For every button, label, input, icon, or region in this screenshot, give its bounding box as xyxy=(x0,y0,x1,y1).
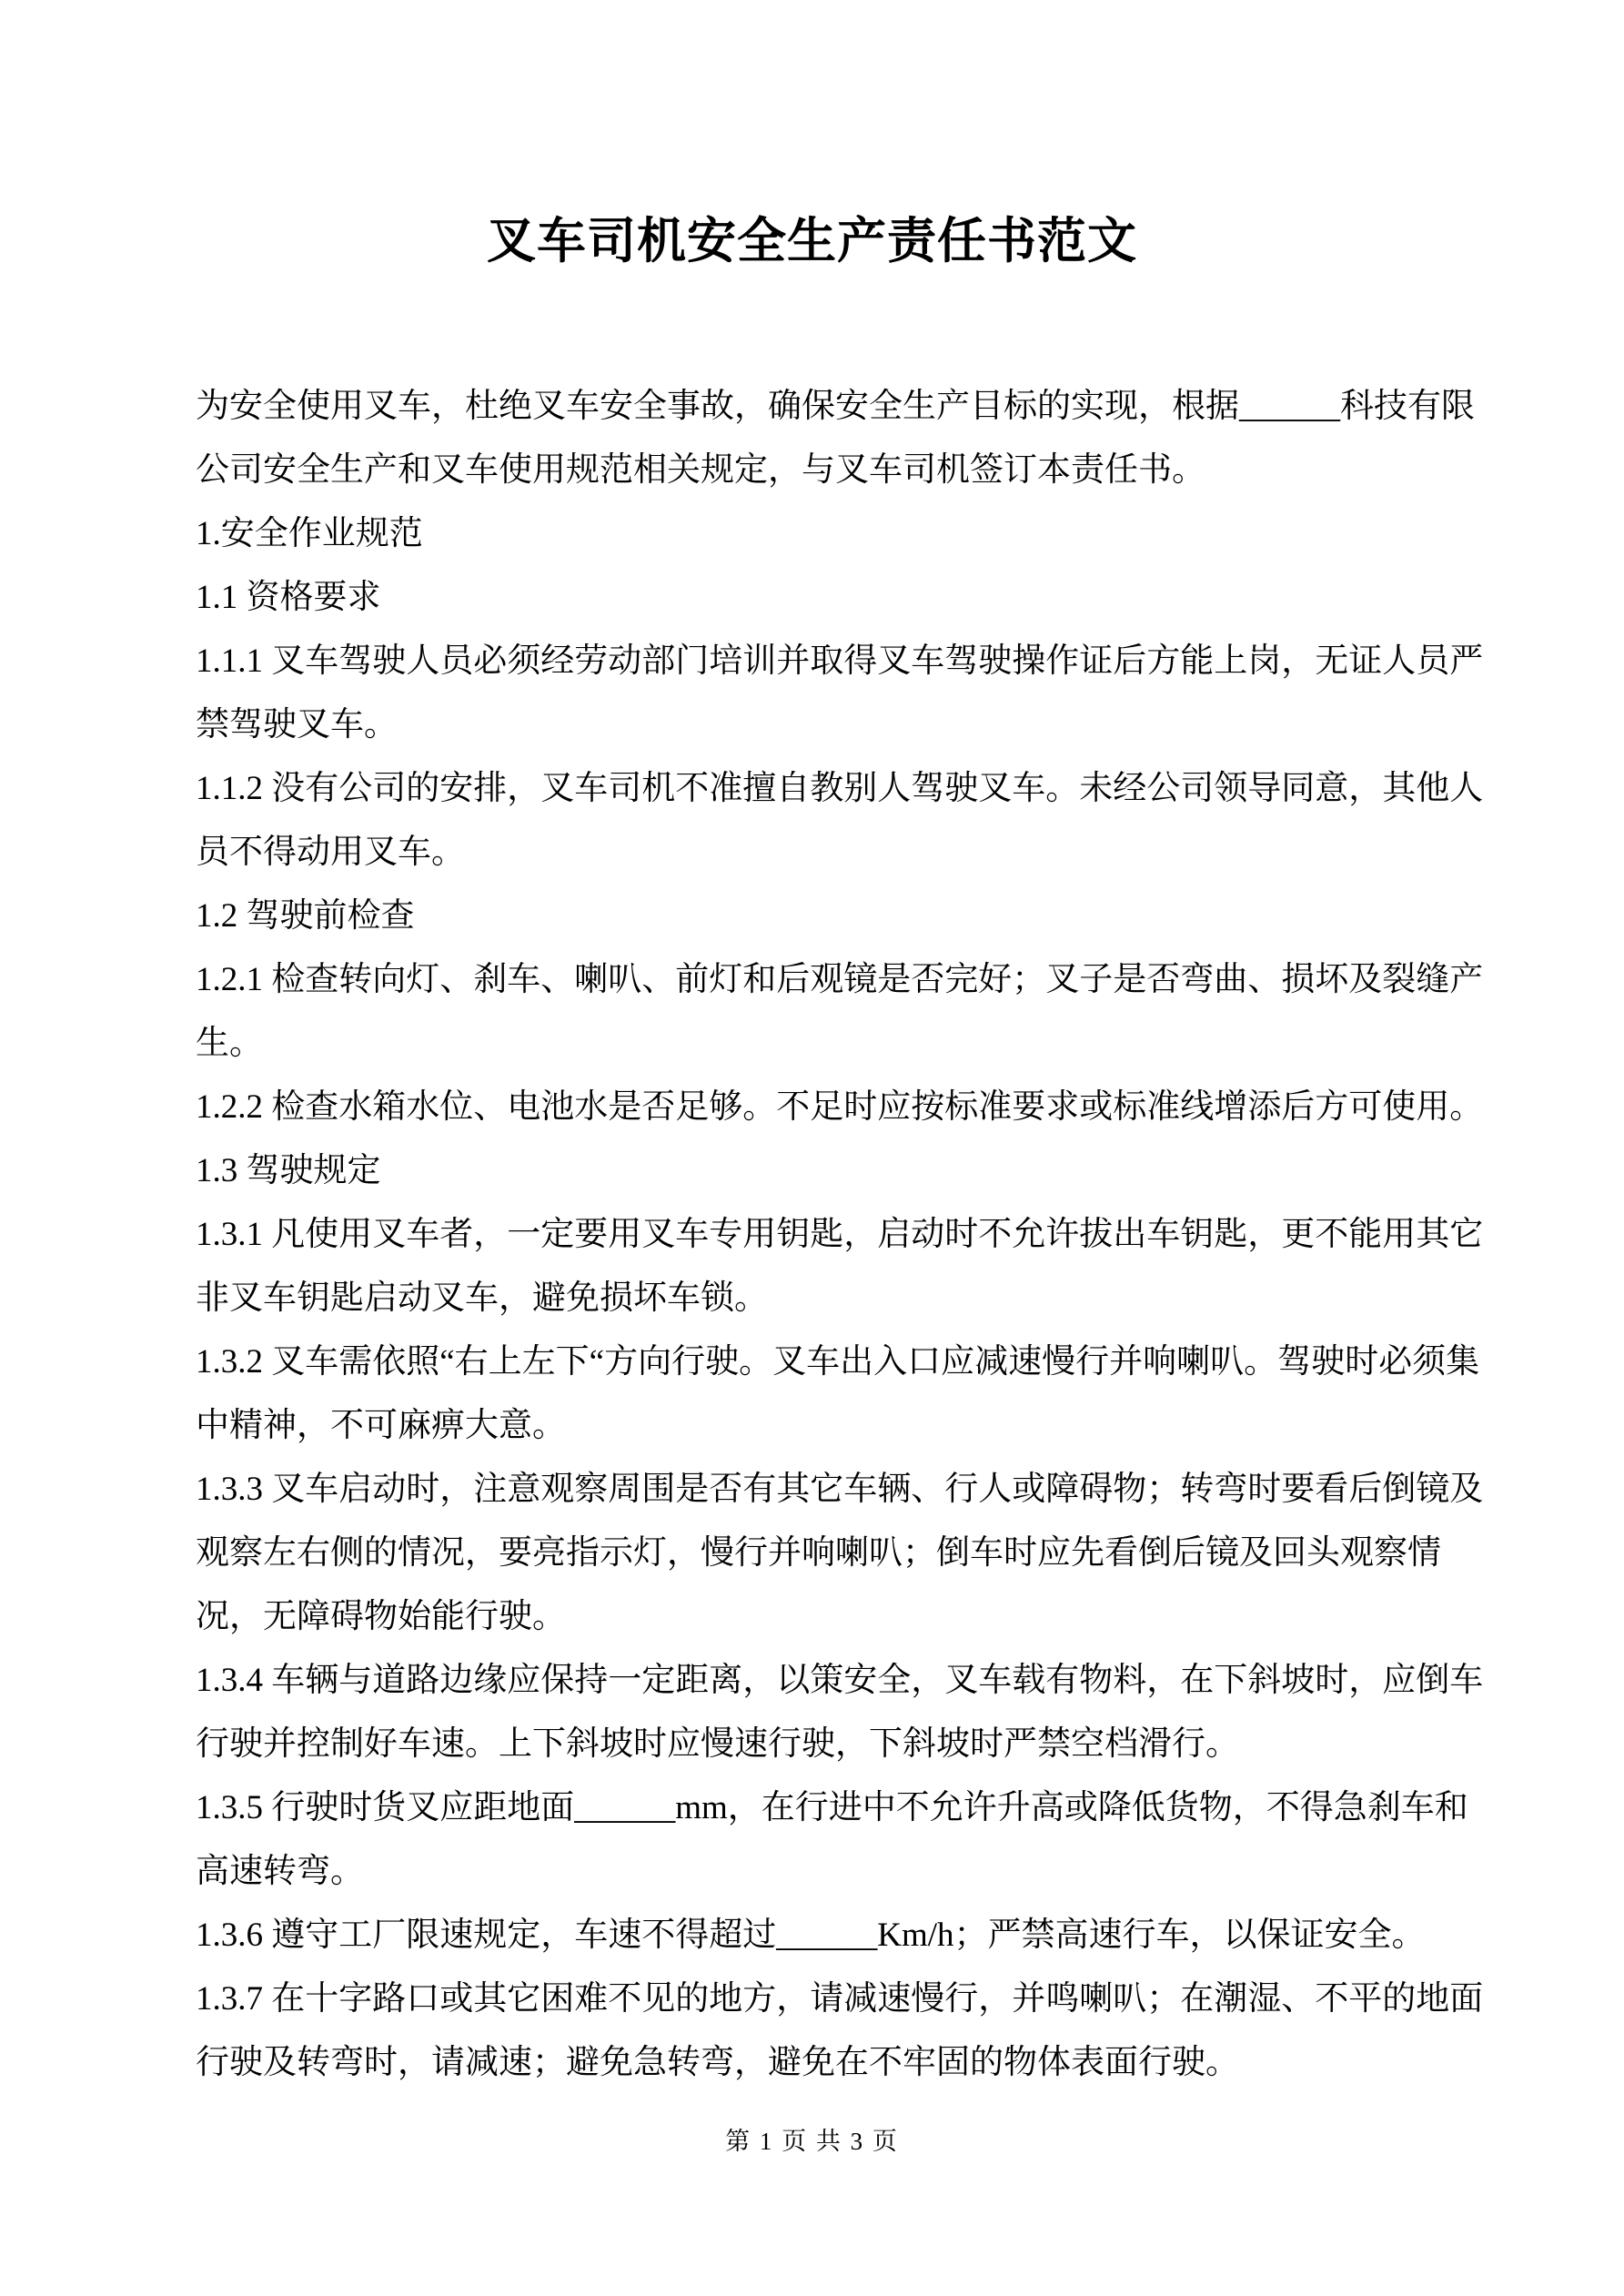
paragraph-sec-1-1: 1.1 资格要求 xyxy=(196,566,1491,630)
paragraph-sec-1-3: 1.3 驾驶规定 xyxy=(196,1139,1491,1203)
page-number-footer: 第 1 页 共 3 页 xyxy=(0,2121,1624,2157)
paragraph-sec-1-2: 1.2 驾驶前检查 xyxy=(196,885,1491,948)
paragraph-item-1-3-1: 1.3.1 凡使用叉车者，一定要用叉车专用钥匙，启动时不允许拔出车钥匙，更不能用… xyxy=(196,1203,1491,1330)
paragraph-item-1-3-3: 1.3.3 叉车启动时，注意观察周围是否有其它车辆、行人或障碍物；转弯时要看后倒… xyxy=(196,1458,1491,1649)
paragraph-item-1-1-2: 1.1.2 没有公司的安排，叉车司机不准擅自教别人驾驶叉车。未经公司领导同意，其… xyxy=(196,757,1491,885)
paragraph-item-1-3-2: 1.3.2 叉车需依照“右上左下“方向行驶。叉车出入口应减速慢行并响喇叭。驾驶时… xyxy=(196,1330,1491,1458)
paragraph-item-1-3-5: 1.3.5 行驶时货叉应距地面______mm，在行进中不允许升高或降低货物，不… xyxy=(196,1776,1491,1904)
document-title: 叉车司机安全生产责任书范文 xyxy=(0,202,1624,272)
paragraph-sec-1: 1.安全作业规范 xyxy=(196,502,1491,566)
paragraph-item-1-3-6: 1.3.6 遵守工厂限速规定，车速不得超过______Km/h；严禁高速行车，以… xyxy=(196,1904,1491,1967)
paragraph-item-1-1-1: 1.1.1 叉车驾驶人员必须经劳动部门培训并取得叉车驾驶操作证后方能上岗，无证人… xyxy=(196,630,1491,757)
paragraph-item-1-3-4: 1.3.4 车辆与道路边缘应保持一定距离，以策安全，叉车载有物料，在下斜坡时，应… xyxy=(196,1649,1491,1776)
document-body: 为安全使用叉车，杜绝叉车安全事故，确保安全生产目标的实现，根据______科技有… xyxy=(196,375,1491,2095)
paragraph-item-1-2-2: 1.2.2 检查水箱水位、电池水是否足够。不足时应按标准要求或标准线增添后方可使… xyxy=(196,1076,1491,1139)
document-page: 叉车司机安全生产责任书范文 为安全使用叉车，杜绝叉车安全事故，确保安全生产目标的… xyxy=(0,0,1624,2296)
paragraph-item-1-3-7: 1.3.7 在十字路口或其它困难不见的地方，请减速慢行，并鸣喇叭；在潮湿、不平的… xyxy=(196,1967,1491,2095)
paragraph-intro: 为安全使用叉车，杜绝叉车安全事故，确保安全生产目标的实现，根据______科技有… xyxy=(196,375,1491,502)
paragraph-item-1-2-1: 1.2.1 检查转向灯、刹车、喇叭、前灯和后观镜是否完好；叉子是否弯曲、损坏及裂… xyxy=(196,948,1491,1076)
